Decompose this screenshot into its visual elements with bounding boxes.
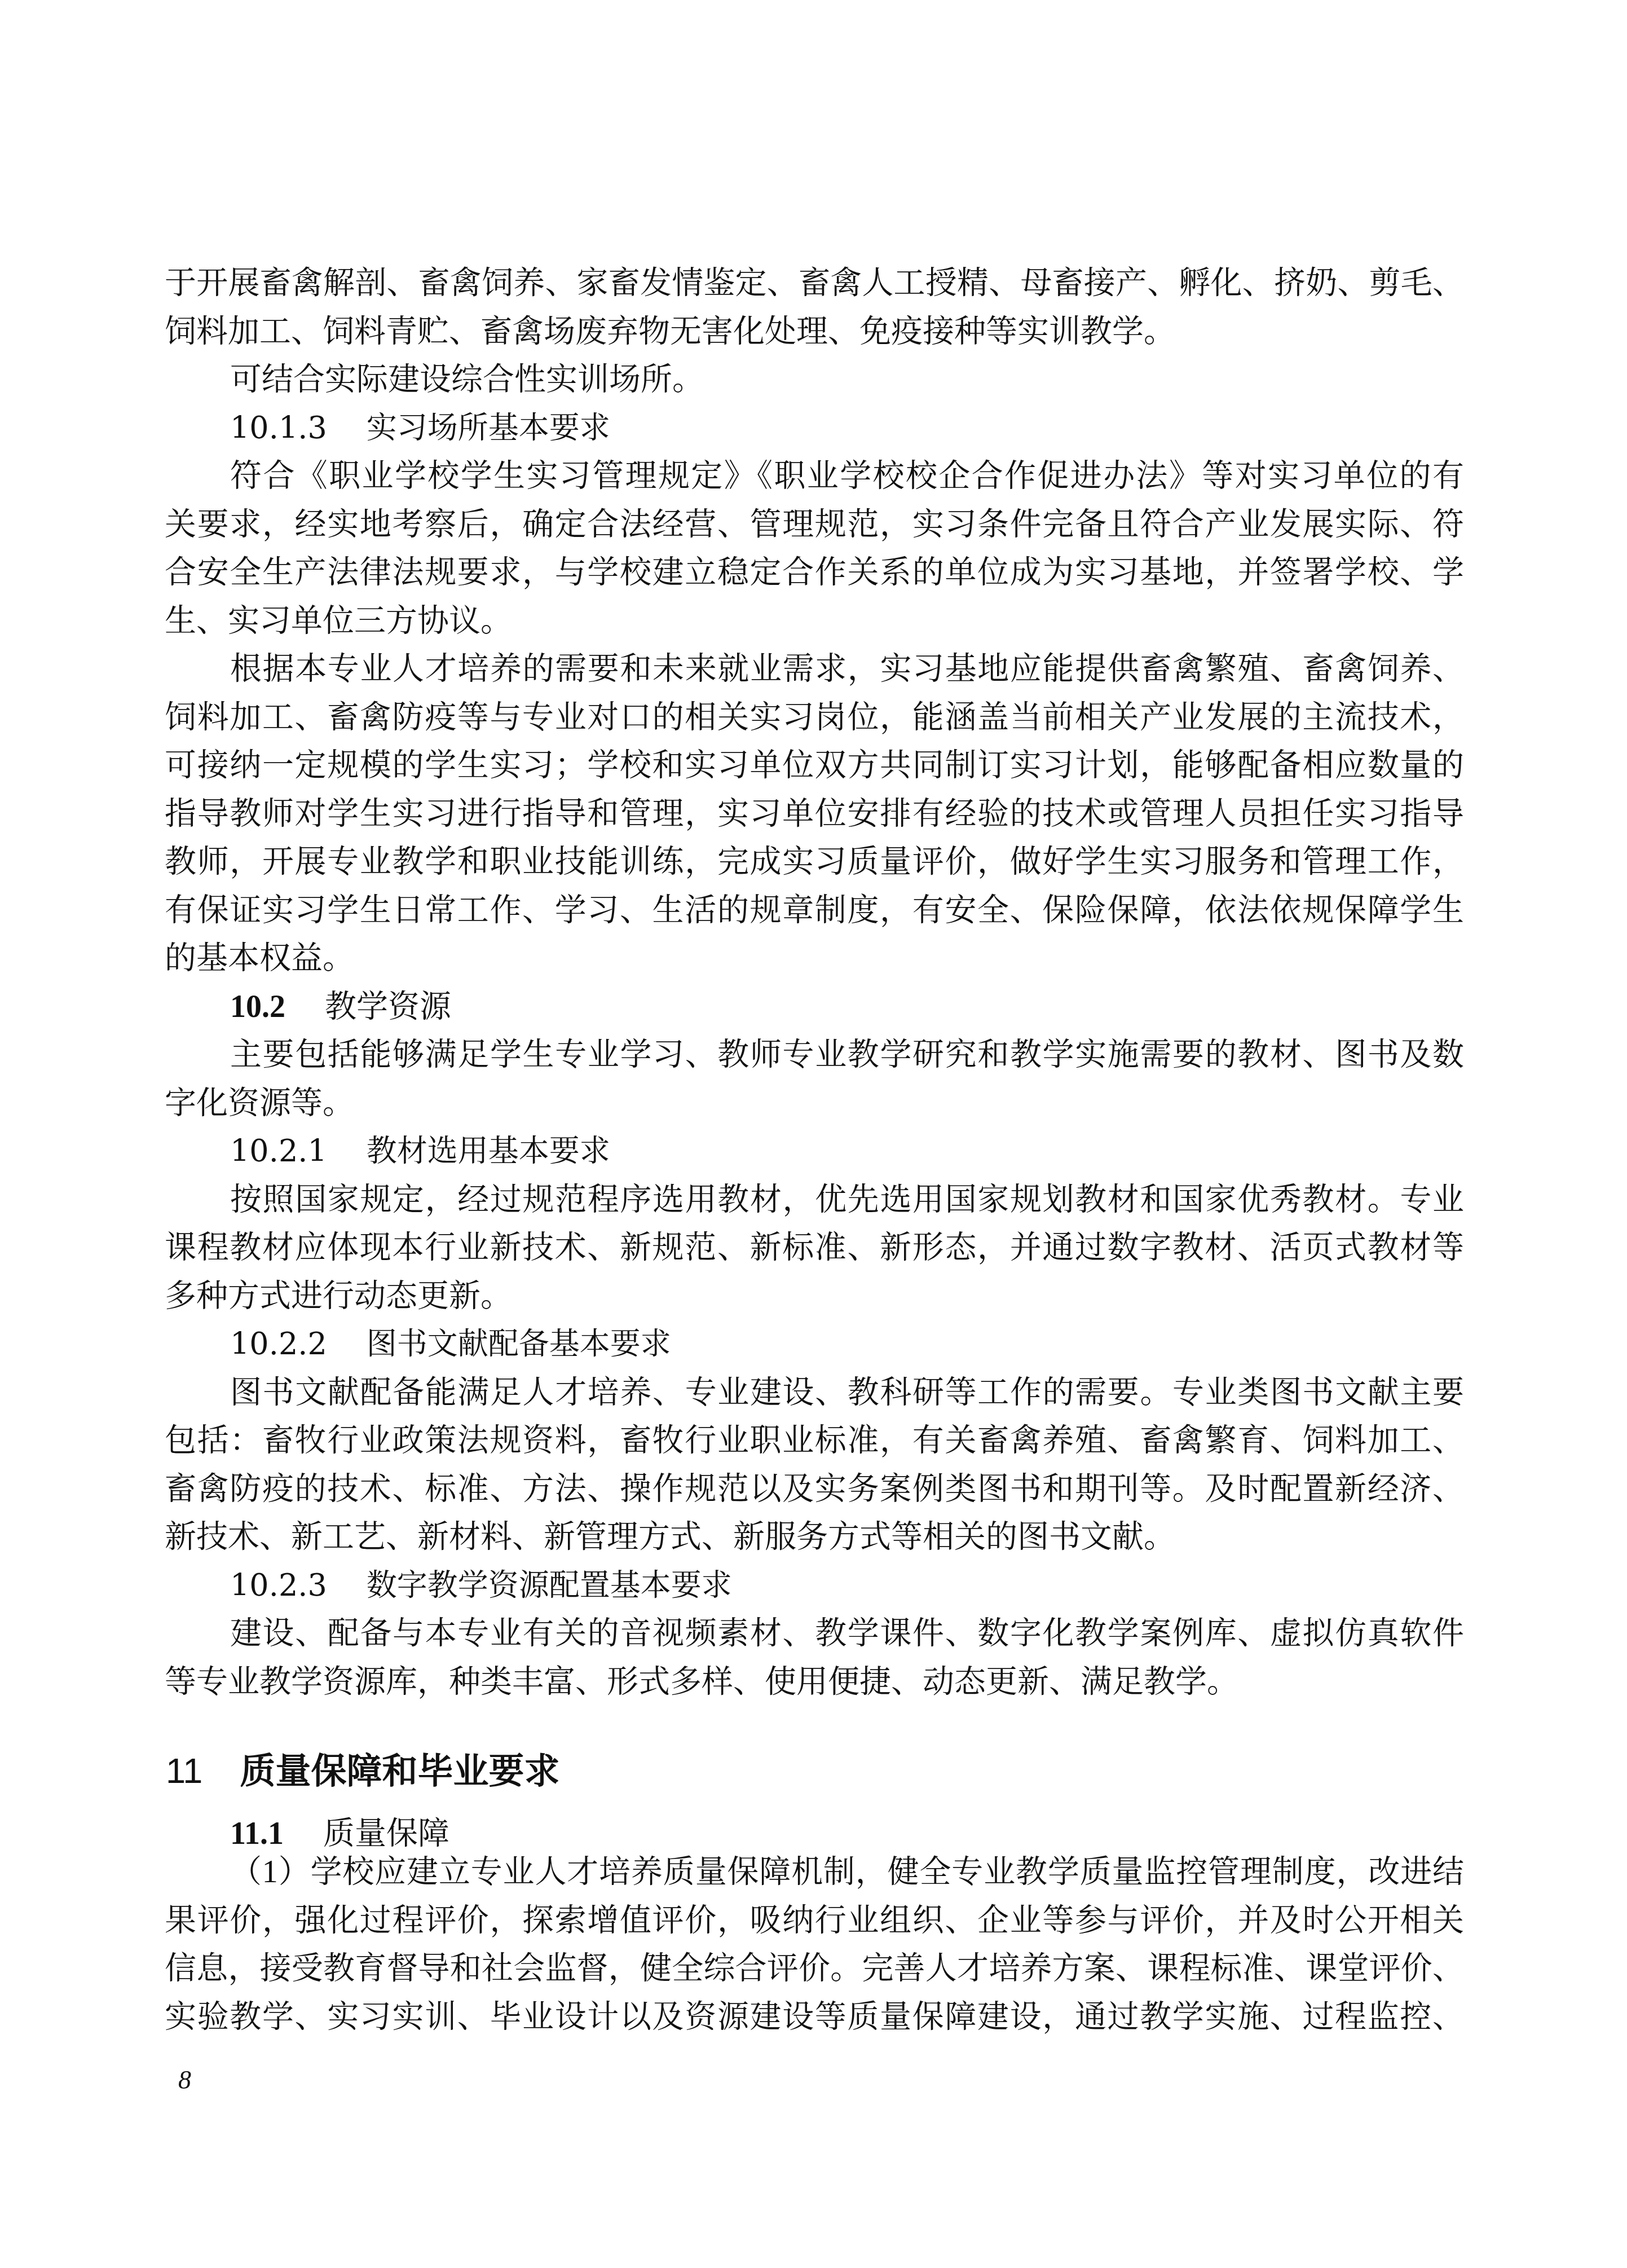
section-number: 11.1 (230, 1816, 284, 1851)
text-line: 可结合实际建设综合性实训场所。 (230, 355, 1464, 404)
text-line: 于开展畜禽解剖、畜禽饲养、家畜发情鉴定、畜禽人工授精、母畜接产、孵化、挤奶、剪毛… (165, 259, 1464, 307)
text-line: 实验教学、实习实训、毕业设计以及资源建设等质量保障建设，通过教学实施、过程监控、 (165, 1993, 1464, 2041)
text-line: 的基本权益。 (165, 934, 1464, 983)
text-line: 建设、配备与本专业有关的音视频素材、教学课件、数字化教学案例库、虚拟仿真软件 (230, 1609, 1464, 1658)
text-line: 字化资源等。 (165, 1079, 1464, 1128)
text-line: 饲料加工、饲料青贮、畜禽场废弃物无害化处理、免疫接种等实训教学。 (165, 307, 1464, 356)
section-number: 10.2 (230, 989, 285, 1024)
page-number: 8 (178, 2064, 191, 2096)
subsection-title: 数字教学资源配置基本要求 (367, 1567, 732, 1603)
subsection-number: 10.2.2 (230, 1326, 327, 1362)
text-line: 教师，开展专业教学和职业技能训练，完成实习质量评价，做好学生实习服务和管理工作， (165, 838, 1464, 886)
text-line: 符合《职业学校学生实习管理规定》《职业学校校企合作促进办法》等对实习单位的有 (230, 452, 1464, 500)
subsection-number: 10.1.3 (230, 410, 327, 446)
section-title: 质量保障 (323, 1815, 449, 1852)
chapter-title: 质量保障和毕业要求 (240, 1751, 559, 1791)
subsection-heading: 10.2.1教材选用基本要求 (230, 1127, 1464, 1175)
document-page: 于开展畜禽解剖、畜禽饲养、家畜发情鉴定、畜禽人工授精、母畜接产、孵化、挤奶、剪毛… (0, 0, 1627, 2268)
text-line: 课程教材应体现本行业新技术、新规范、新标准、新形态，并通过数字教材、活页式教材等 (165, 1223, 1464, 1272)
subsection-heading: 10.2.2图书文献配备基本要求 (230, 1320, 1464, 1368)
text-line: 主要包括能够满足学生专业学习、教师专业教学研究和教学实施需要的教材、图书及数 (230, 1030, 1464, 1079)
text-line: 生、实习单位三方协议。 (165, 597, 1464, 645)
text-line: 饲料加工、畜禽防疫等与专业对口的相关实习岗位，能涵盖当前相关产业发展的主流技术， (165, 693, 1464, 742)
text-line: 果评价，强化过程评价，探索增值评价，吸纳行业组织、企业等参与评价，并及时公开相关 (165, 1896, 1464, 1945)
chapter-heading: 11质量保障和毕业要求 (166, 1743, 1465, 1799)
text-line: 等专业教学资源库，种类丰富、形式多样、使用便捷、动态更新、满足教学。 (165, 1658, 1464, 1706)
text-line: 畜禽防疫的技术、标准、方法、操作规范以及实务案例类图书和期刊等。及时配置新经济、 (165, 1465, 1464, 1513)
subsection-heading: 10.2.3数字教学资源配置基本要求 (230, 1561, 1464, 1610)
subsection-title: 图书文献配备基本要求 (367, 1326, 671, 1362)
subsection-title: 实习场所基本要求 (367, 410, 610, 446)
section-heading: 10.2教学资源 (230, 983, 1464, 1031)
text-line: 多种方式进行动态更新。 (165, 1272, 1464, 1320)
text-line: 图书文献配备能满足人才培养、专业建设、教科研等工作的需要。专业类图书文献主要 (230, 1368, 1464, 1417)
subsection-number: 10.2.3 (230, 1567, 327, 1603)
subsection-title: 教材选用基本要求 (367, 1133, 610, 1169)
subsection-number: 10.2.1 (230, 1133, 327, 1169)
text-line: 有保证实习学生日常工作、学习、生活的规章制度，有安全、保险保障，依法依规保障学生 (165, 886, 1464, 935)
text-line: 指导教师对学生实习进行指导和管理，实习单位安排有经验的技术或管理人员担任实习指导 (165, 790, 1464, 838)
text-line: 关要求，经实地考察后，确定合法经营、管理规范，实习条件完备且符合产业发展实际、符 (165, 500, 1464, 549)
text-line: 信息，接受教育督导和社会监督，健全综合评价。完善人才培养方案、课程标准、课堂评价… (165, 1944, 1464, 1993)
text-line: 按照国家规定，经过规范程序选用教材，优先选用国家规划教材和国家优秀教材。专业 (230, 1175, 1464, 1224)
text-line: 可接纳一定规模的学生实习；学校和实习单位双方共同制订实习计划，能够配备相应数量的 (165, 741, 1464, 790)
text-line: 新技术、新工艺、新材料、新管理方式、新服务方式等相关的图书文献。 (165, 1513, 1464, 1561)
section-title: 教学资源 (325, 988, 451, 1025)
text-line: 合安全生产法律法规要求，与学校建立稳定合作关系的单位成为实习基地，并签署学校、学 (165, 548, 1464, 597)
text-line: 根据本专业人才培养的需要和未来就业需求，实习基地应能提供畜禽繁殖、畜禽饲养、 (230, 645, 1464, 693)
text-line: 包括：畜牧行业政策法规资料，畜牧行业职业标准，有关畜禽养殖、畜禽繁育、饲料加工、 (165, 1416, 1464, 1465)
text-line: （1）学校应建立专业人才培养质量保障机制，健全专业教学质量监控管理制度，改进结 (230, 1848, 1464, 1896)
subsection-heading: 10.1.3实习场所基本要求 (230, 404, 1464, 452)
chapter-number: 11 (166, 1751, 202, 1791)
